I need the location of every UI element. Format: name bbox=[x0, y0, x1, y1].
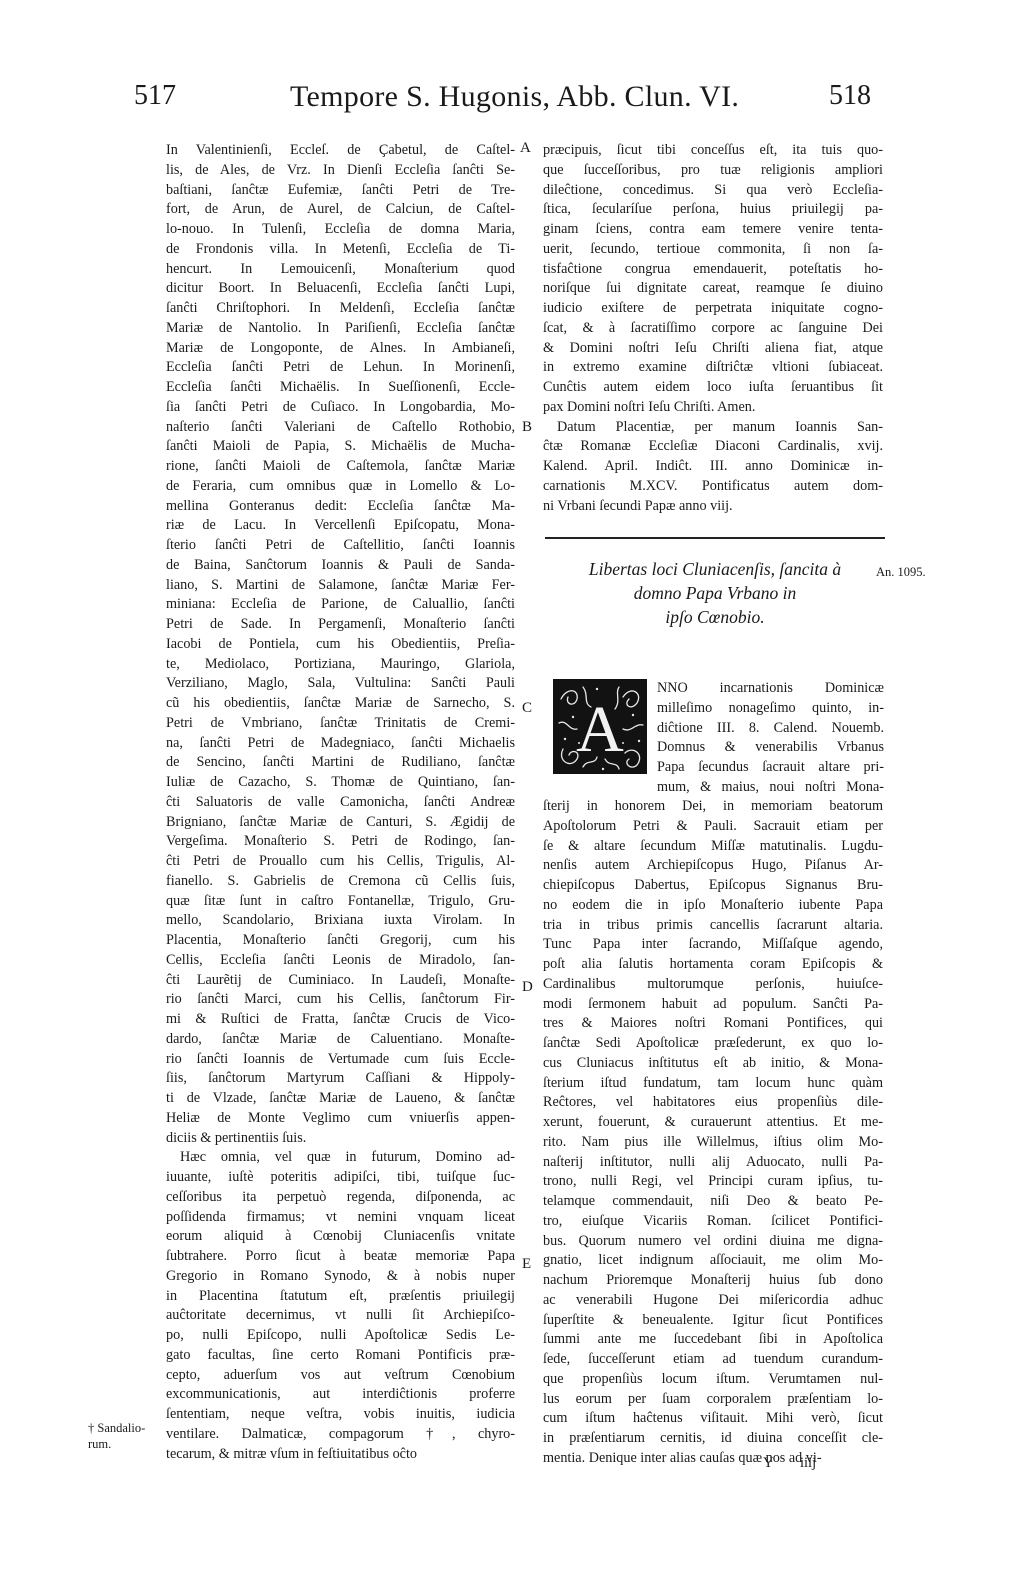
text-line: NNO incarnationis Dominicæ bbox=[657, 679, 884, 699]
text-line: tro, eiuſque Vicariis Roman. ſcilicet Po… bbox=[543, 1212, 883, 1232]
text-line: Placentia, Monaſterio ſanĉti Gregorij, c… bbox=[166, 931, 515, 951]
text-line: cus Cluniacus inſtitutus eſt ab initio, … bbox=[543, 1054, 883, 1074]
text-line: rito. Nam pius ille Willelmus, iſtius ol… bbox=[543, 1133, 883, 1153]
text-line: uerit, ſecundo, tertioue commonita, ſi n… bbox=[543, 240, 883, 260]
text-line: cepto, aduerſum vos aut veſtrum Cœnobium bbox=[166, 1366, 515, 1386]
text-line: ac venerabili Hugone Dei miſericordia ad… bbox=[543, 1291, 883, 1311]
text-line: iuuante, iuſtè poteritis adipiſci, tibi,… bbox=[166, 1168, 515, 1188]
text-line: Datum Placentiæ, per manum Ioannis San- bbox=[543, 418, 883, 438]
text-line: que ſucceſſoribus, pro tuæ religionis am… bbox=[543, 161, 883, 181]
text-line: ſterium iſtud fundatum, tam locum hunc q… bbox=[543, 1074, 883, 1094]
text-line: ſia ſanĉti Petri de Cuſiaco. In Longobar… bbox=[166, 398, 515, 418]
text-line: tecarum, & mitræ vſum in feſtiuitatibus … bbox=[166, 1445, 515, 1465]
text-line: ſcat, & à ſacratiſſimo corpore ac ſangui… bbox=[543, 319, 883, 339]
page-number-right: 518 bbox=[829, 80, 871, 112]
text-line: ĉti Petri de Prouallo cum his Cellis, Tr… bbox=[166, 852, 515, 872]
section-title-line: ipſo Cœnobio. bbox=[545, 605, 885, 629]
text-line: lus eorum per ſuam corporalem præſentiam… bbox=[543, 1390, 883, 1410]
text-line: ſterij in honorem Dei, in memoriam beato… bbox=[543, 797, 883, 817]
text-line: in extremo examine diſtriĉtæ vltioni ſub… bbox=[543, 358, 883, 378]
signature-number: iiij bbox=[800, 1455, 816, 1472]
text-line: Eccleſia ſanĉti Michaëlis. In Sueſſionen… bbox=[166, 378, 515, 398]
text-line: ſterio ſanĉti Petri de Caſtellitio, ſanĉ… bbox=[166, 536, 515, 556]
text-line: diĉtione III. 8. Calend. Nouemb. bbox=[657, 719, 884, 739]
text-line: ſententiam, neque veſtra, vobis inuitis,… bbox=[166, 1405, 515, 1425]
text-line: Reĉtores, vel habitatores eius propenſiù… bbox=[543, 1093, 883, 1113]
svg-text:A: A bbox=[576, 693, 624, 766]
text-line: rio ſanĉti Ioannis de Vertumade cum ſuis… bbox=[166, 1050, 515, 1070]
text-line: fort, de Arun, de Aurel, de Calciun, de … bbox=[166, 200, 515, 220]
text-line: ſanĉtæ Sedi Apoſtolicæ præſederunt, ex q… bbox=[543, 1034, 883, 1054]
text-line: Heliæ de Monte Veglimo cum vniuerſis app… bbox=[166, 1109, 515, 1129]
text-line: Mariæ de Longoponte, de Alnes. In Ambian… bbox=[166, 339, 515, 359]
text-line: Eccleſia ſanĉti Petri de Lehun. In Morin… bbox=[166, 358, 515, 378]
text-line: ni Vrbani ſecundi Papæ anno viij. bbox=[543, 497, 883, 517]
text-line: mentia. Denique inter alias cauſas quæ n… bbox=[543, 1449, 883, 1469]
text-line: baſtiani, ſanĉtæ Eufemiæ, ſanĉti Petri d… bbox=[166, 181, 515, 201]
text-line: Verziliano, Maglo, Sala, Vultulina: Sanĉ… bbox=[166, 674, 515, 694]
text-line: telamque commendauit, niſi Deo & beato P… bbox=[543, 1192, 883, 1212]
text-line: Domnus & venerabilis Vrbanus bbox=[657, 738, 884, 758]
text-line: ſummi ante me ſuccedebant ſibi in Apoſto… bbox=[543, 1330, 883, 1350]
text-line: Gregorio in Romano Synodo, & à nobis nup… bbox=[166, 1267, 515, 1287]
signature-mark: Y bbox=[763, 1455, 773, 1472]
text-line: gato facultas, ſine certo Romani Pontifi… bbox=[166, 1346, 515, 1366]
section-title: Libertas loci Cluniacenſis, ſancita à do… bbox=[545, 557, 885, 629]
text-line: ceſſoribus ita perpetuò regenda, diſpone… bbox=[166, 1188, 515, 1208]
text-line: dardo, ſanĉtæ Mariæ de Caluentiano. Mona… bbox=[166, 1030, 515, 1050]
text-line: ſanĉti Maioli de Papia, S. Michaëlis de … bbox=[166, 437, 515, 457]
left-column: In Valentinienſi, Eccleſ. de Ҫabetul, de… bbox=[166, 141, 515, 1464]
text-line: ſubtrahere. Porro ſicut à beatæ memoriæ … bbox=[166, 1247, 515, 1267]
text-line: cũ his obedientiis, ſanĉtæ Mariæ de Sarn… bbox=[166, 694, 515, 714]
text-line: rio ſanĉti Marci, cum his Cellis, ſanĉto… bbox=[166, 990, 515, 1010]
text-line: chiepiſcopus Dabertus, Epiſcopus Signanu… bbox=[543, 876, 883, 896]
text-line: auĉtoritate decernimus, vt nulli ſit Arc… bbox=[166, 1306, 515, 1326]
text-line: poſſidenda firmamus; vt nemini vnquam li… bbox=[166, 1208, 515, 1228]
text-line: præcipuis, ſicut tibi conceſſus eſt, ita… bbox=[543, 141, 883, 161]
right-column-top: præcipuis, ſicut tibi conceſſus eſt, ita… bbox=[543, 141, 883, 516]
text-line: ĉtæ Romanæ Eccleſiæ Diaconi Cardinalis, … bbox=[543, 437, 883, 457]
text-line: hencurt. In Lemouicenſi, Monaſterium quo… bbox=[166, 260, 515, 280]
text-line: mi & Ruſtici de Fratta, ſanĉtæ Crucis de… bbox=[166, 1010, 515, 1030]
text-line: xerunt, fouerunt, & curauerunt attentius… bbox=[543, 1113, 883, 1133]
text-line: carnationis M.XCV. Pontificatus autem do… bbox=[543, 477, 883, 497]
text-line: tria in tribus primis cancellis ſacrarun… bbox=[543, 916, 883, 936]
text-line: ſtica, ſecularíſue perſona, huius priuil… bbox=[543, 200, 883, 220]
section-title-line: domno Papa Vrbano in bbox=[545, 581, 885, 605]
floral-ornament-icon: A bbox=[553, 679, 647, 774]
text-line: mello, Scandolario, Brixiana iuxta Virol… bbox=[166, 911, 515, 931]
text-line: ſiis, ſanĉtorum Martyrum Caſſiani & Hipp… bbox=[166, 1069, 515, 1089]
text-line: no eodem die in ipſo Monaſterio iubente … bbox=[543, 896, 883, 916]
text-line: excommunicationis, aut interdiĉtionis pr… bbox=[166, 1385, 515, 1405]
text-line: In Valentinienſi, Eccleſ. de Ҫabetul, de… bbox=[166, 141, 515, 161]
text-line: riæ de Lacu. In Vercellenſi Epiſcopatu, … bbox=[166, 516, 515, 536]
text-line: que propenſiùs locum iſtum. Verumtamen n… bbox=[543, 1370, 883, 1390]
side-note-line: rum. bbox=[88, 1436, 145, 1452]
text-line: eorum aliquid à Cœnobij Cluniacenſis vni… bbox=[166, 1227, 515, 1247]
text-line: Cunĉtis autem eidem loco iuſta ſeruantib… bbox=[543, 378, 883, 398]
text-line: in Placentina ſtatutum eſt, præſentis pr… bbox=[166, 1287, 515, 1307]
text-line: liano, S. Martini de Salamone, ſanĉtæ Ma… bbox=[166, 576, 515, 596]
text-line: tisfaĉtione congrua emendauerit, poteſta… bbox=[543, 260, 883, 280]
text-line: quæ ſitæ ſunt in caſtro Fontanellæ, Trig… bbox=[166, 892, 515, 912]
text-line: Apoſtolorum Petri & Pauli. Sacrauit etia… bbox=[543, 817, 883, 837]
text-line: lo-nouo. In Tulenſi, Eccleſia de domna M… bbox=[166, 220, 515, 240]
text-line: pax Domini noſtri Ieſu Chriſti. Amen. bbox=[543, 398, 883, 418]
text-line: te, Mediolaco, Portiziana, Mauringo, Gla… bbox=[166, 655, 515, 675]
text-line: ti de Vlzade, ſanĉtæ Mariæ de Laueno, & … bbox=[166, 1089, 515, 1109]
text-line: diciis & pertinentiis ſuis. bbox=[166, 1129, 515, 1149]
text-line: mellina Gonteranus dedit: Eccleſia ſanĉt… bbox=[166, 497, 515, 517]
text-line: lis, de Ales, de Vrz. In Dienſi Eccleſia… bbox=[166, 161, 515, 181]
text-line: noriſque ſui dignitate careat, reamque ſ… bbox=[543, 279, 883, 299]
margin-letter-c: C bbox=[522, 700, 532, 717]
text-line: ventilare. Dalmaticæ, compagorum †, chyr… bbox=[166, 1425, 515, 1445]
margin-letter-e: E bbox=[522, 1256, 531, 1273]
right-column-bottom: ſterij in honorem Dei, in memoriam beato… bbox=[543, 797, 883, 1469]
text-line: mum, & maius, noui noſtri Mona- bbox=[657, 778, 884, 798]
text-line: ĉti Saluatoris de valle Camonicha, ſanĉt… bbox=[166, 793, 515, 813]
text-line: ſede, ſucceſſerunt etiam ad tuendum cura… bbox=[543, 1350, 883, 1370]
text-line: nenſis autem Archiepiſcopus Hugo, Piſanu… bbox=[543, 856, 883, 876]
side-note-line: † Sandalio- bbox=[88, 1420, 145, 1436]
text-line: ſanĉti Chriſtophori. In Meldenſi, Eccleſ… bbox=[166, 299, 515, 319]
text-line: Hæc omnia, vel quæ in futurum, Domino ad… bbox=[166, 1148, 515, 1168]
text-line: Petri de Vmbriano, ſanĉtæ Trinitatis de … bbox=[166, 714, 515, 734]
text-line: rione, ſanĉti Maioli de Caſtemola, ſanĉt… bbox=[166, 457, 515, 477]
drop-cap-paragraph-start: NNO incarnationis Dominicæmilleſimo nona… bbox=[657, 679, 884, 798]
text-line: Tunc Papa inter ſacrando, Miſſaſque agen… bbox=[543, 935, 883, 955]
text-line: cum iſtum haĉtenus viſitauit. Mihi verò,… bbox=[543, 1409, 883, 1429]
page-number-left: 517 bbox=[134, 80, 176, 112]
text-line: Kalend. April. Indiĉt. III. anno Dominic… bbox=[543, 457, 883, 477]
text-line: iudicio exiſtere de perpetrata iniquitat… bbox=[543, 299, 883, 319]
text-line: de Feraria, cum omnibus quæ in Lomello &… bbox=[166, 477, 515, 497]
text-line: Mariæ de Nantolio. In Pariſienſi, Eccleſ… bbox=[166, 319, 515, 339]
text-line: Iacobi de Pontiela, cum his Obedientiis,… bbox=[166, 635, 515, 655]
text-line: Vergeſima. Monaſterio S. Petri de Roding… bbox=[166, 832, 515, 852]
text-line: Petri de Sade. In Pergamenſi, Monaſterio… bbox=[166, 615, 515, 635]
text-line: ſuperſtite & beneualente. Igitur ſicut P… bbox=[543, 1311, 883, 1331]
text-line: ſe & altare ſecundum Miſſæ matutinalis. … bbox=[543, 837, 883, 857]
text-line: miniana: Eccleſia de Parione, de Caluall… bbox=[166, 595, 515, 615]
text-line: modi ſermonem habuit ad populum. Sanĉti … bbox=[543, 995, 883, 1015]
text-line: Iuliæ de Cazacho, S. Thomæ de Quintiano,… bbox=[166, 773, 515, 793]
text-line: na, ſanĉti Petri de Madegniaco, ſanĉti M… bbox=[166, 734, 515, 754]
text-line: de Sencino, ſanĉti Martini de Rudiliano,… bbox=[166, 753, 515, 773]
text-line: nachum Prioremque Monaſterij huius ſub d… bbox=[543, 1271, 883, 1291]
text-line: Brigniano, ſanĉtæ Mariæ de Canturi, S. Æ… bbox=[166, 813, 515, 833]
text-line: in præſentiarum cernitis, id diuina conc… bbox=[543, 1429, 883, 1449]
text-line: Papa ſecundus ſacrauit altare pri- bbox=[657, 758, 884, 778]
text-line: gnatio, licet indignum aſſociauit, me ol… bbox=[543, 1251, 883, 1271]
text-line: de Frondonis villa. In Metenſi, Eccleſia… bbox=[166, 240, 515, 260]
book-page: 517 Tempore S. Hugonis, Abb. Clun. VI. 5… bbox=[0, 0, 1024, 1572]
section-title-line: Libertas loci Cluniacenſis, ſancita à bbox=[545, 557, 885, 581]
text-line: poſt alia ſalutis hortamenta coram Epiſc… bbox=[543, 955, 883, 975]
decorated-drop-cap: A bbox=[553, 679, 647, 774]
text-line: po, nulli Epiſcopo, nulli Apoſtolicæ Sed… bbox=[166, 1326, 515, 1346]
text-line: & Domini noſtri Ieſu Chriſti aliena fiat… bbox=[543, 339, 883, 359]
text-line: ginam ſciens, contra eam temere venire t… bbox=[543, 220, 883, 240]
text-line: de Baina, Sanĉtorum Ioannis & Pauli de S… bbox=[166, 556, 515, 576]
margin-letter-d: D bbox=[522, 979, 533, 996]
text-line: Cardinalibus multorumque perſonis, huiuſ… bbox=[543, 975, 883, 995]
margin-letter-a: A bbox=[520, 140, 531, 157]
year-margin-note: An. 1095. bbox=[876, 565, 926, 580]
running-head: 517 Tempore S. Hugonis, Abb. Clun. VI. 5… bbox=[110, 80, 910, 120]
text-line: trono, nulli Regi, vel Principi curam ip… bbox=[543, 1172, 883, 1192]
side-note: † Sandalio- rum. bbox=[88, 1420, 145, 1452]
text-line: fianello. S. Gabrielis de Cremona cũ Cel… bbox=[166, 872, 515, 892]
text-line: naſterij inſtitutor, nulli alij Aduocato… bbox=[543, 1153, 883, 1173]
text-line: naſterio ſanĉti Valeriani de Caſtello Ro… bbox=[166, 418, 515, 438]
text-line: bus. Quorum numero vel ordini diuina me … bbox=[543, 1232, 883, 1252]
text-line: tres & Maiores noſtri Romani Pontifices,… bbox=[543, 1014, 883, 1034]
margin-letter-b: B bbox=[522, 419, 532, 436]
page-title: Tempore S. Hugonis, Abb. Clun. VI. bbox=[290, 80, 739, 114]
text-line: dicitur Boort. In Beluacenſi, Eccleſia ſ… bbox=[166, 279, 515, 299]
section-divider bbox=[545, 537, 885, 539]
text-line: Cellis, Eccleſia ſanĉti Leonis de Mirado… bbox=[166, 951, 515, 971]
text-line: dileĉtione, concedimus. Si qua verò Eccl… bbox=[543, 181, 883, 201]
text-line: ĉti Laurẽtij de Cuminiaco. In Laudeſi, M… bbox=[166, 971, 515, 991]
text-line: milleſimo nonageſimo quinto, in- bbox=[657, 699, 884, 719]
